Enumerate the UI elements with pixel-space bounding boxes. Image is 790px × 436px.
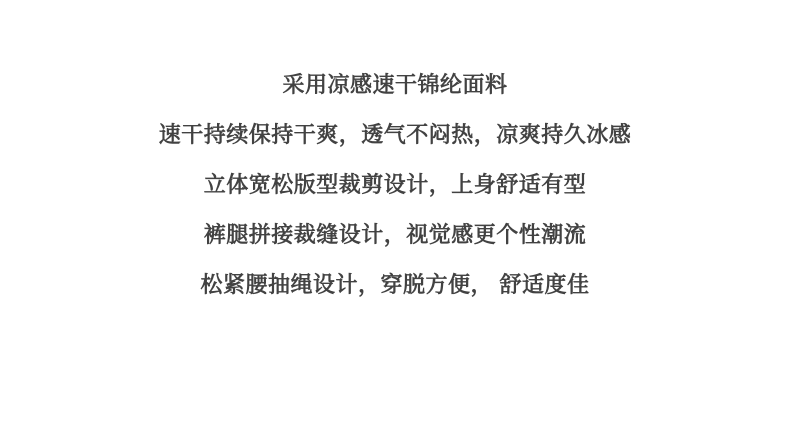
- description-line-fabric: 采用凉感速干锦纶面料: [0, 60, 790, 110]
- product-description-page: 采用凉感速干锦纶面料 速干持续保持干爽，透气不闷热，凉爽持久冰感 立体宽松版型裁…: [0, 0, 790, 436]
- description-text-block: 采用凉感速干锦纶面料 速干持续保持干爽，透气不闷热，凉爽持久冰感 立体宽松版型裁…: [0, 60, 790, 310]
- description-line-quick-dry: 速干持续保持干爽，透气不闷热，凉爽持久冰感: [0, 110, 790, 160]
- description-line-elastic-waist: 松紧腰抽绳设计，穿脱方便， 舒适度佳: [0, 260, 790, 310]
- description-line-loose-fit: 立体宽松版型裁剪设计，上身舒适有型: [0, 160, 790, 210]
- description-line-leg-stitching: 裤腿拼接裁缝设计，视觉感更个性潮流: [0, 210, 790, 260]
